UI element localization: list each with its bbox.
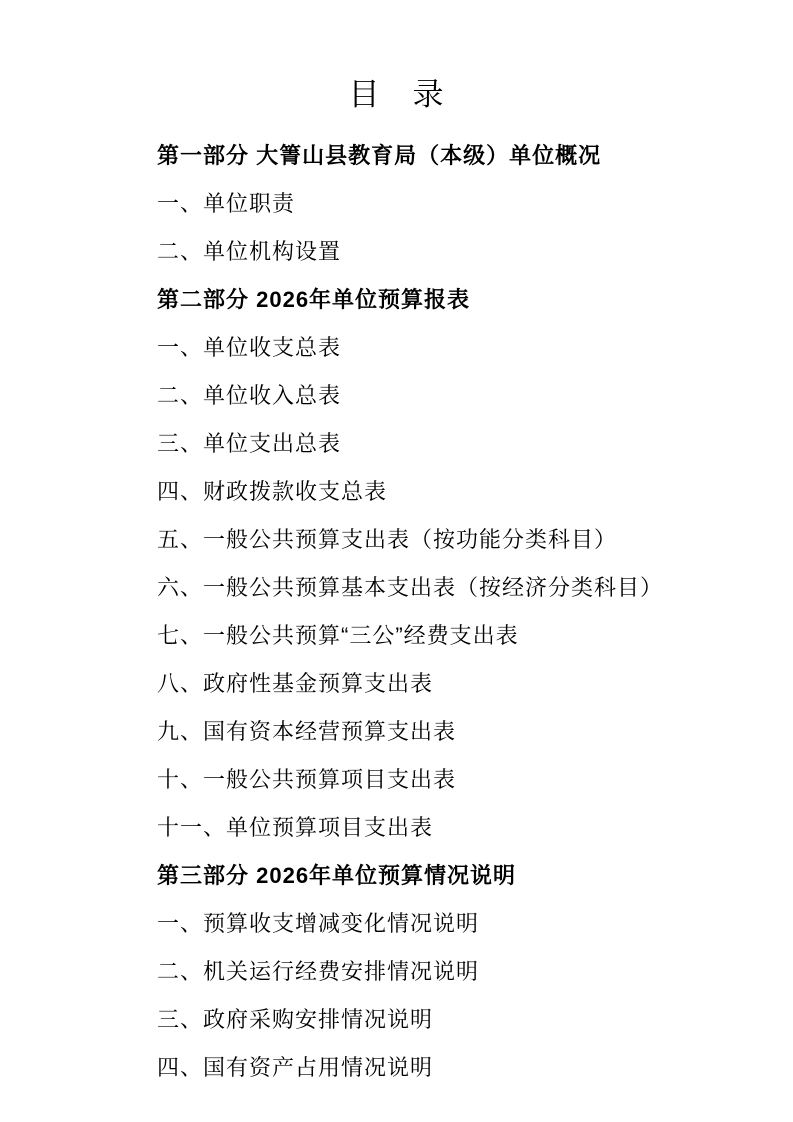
toc-item: 八、政府性基金预算支出表 xyxy=(157,660,636,708)
toc-item: 三、单位支出总表 xyxy=(157,420,636,468)
toc-item: 一、单位收支总表 xyxy=(157,324,636,372)
toc-item: 九、国有资本经营预算支出表 xyxy=(157,708,636,756)
toc-item: 十一、单位预算项目支出表 xyxy=(157,804,636,852)
toc-item: 六、一般公共预算基本支出表（按经济分类科目） xyxy=(157,564,636,612)
toc-item: 五、一般公共预算支出表（按功能分类科目） xyxy=(157,516,636,564)
toc-item: 二、单位收入总表 xyxy=(157,372,636,420)
toc-item: 十、一般公共预算项目支出表 xyxy=(157,756,636,804)
toc-item: 四、财政拨款收支总表 xyxy=(157,468,636,516)
toc-item: 三、政府采购安排情况说明 xyxy=(157,996,636,1044)
toc-section-part-1-heading: 第一部分 大箐山县教育局（本级）单位概况 xyxy=(157,132,636,180)
toc-item: 一、单位职责 xyxy=(157,180,636,228)
toc-title: 目 录 xyxy=(157,72,636,118)
toc-item: 二、单位机构设置 xyxy=(157,228,636,276)
toc-section-part-3: 第三部分 2026年单位预算情况说明 一、预算收支增减变化情况说明 二、机关运行… xyxy=(157,852,636,1092)
toc-item: 二、机关运行经费安排情况说明 xyxy=(157,948,636,996)
toc-item: 七、一般公共预算“三公”经费支出表 xyxy=(157,612,636,660)
toc-item: 一、预算收支增减变化情况说明 xyxy=(157,900,636,948)
document-page: 目 录 第一部分 大箐山县教育局（本级）单位概况 一、单位职责 二、单位机构设置… xyxy=(0,0,793,1122)
toc-section-part-3-heading: 第三部分 2026年单位预算情况说明 xyxy=(157,852,636,900)
toc-item: 四、国有资产占用情况说明 xyxy=(157,1044,636,1092)
toc-section-part-1: 第一部分 大箐山县教育局（本级）单位概况 一、单位职责 二、单位机构设置 xyxy=(157,132,636,276)
toc-section-part-2-heading: 第二部分 2026年单位预算报表 xyxy=(157,276,636,324)
toc-section-part-2: 第二部分 2026年单位预算报表 一、单位收支总表 二、单位收入总表 三、单位支… xyxy=(157,276,636,852)
